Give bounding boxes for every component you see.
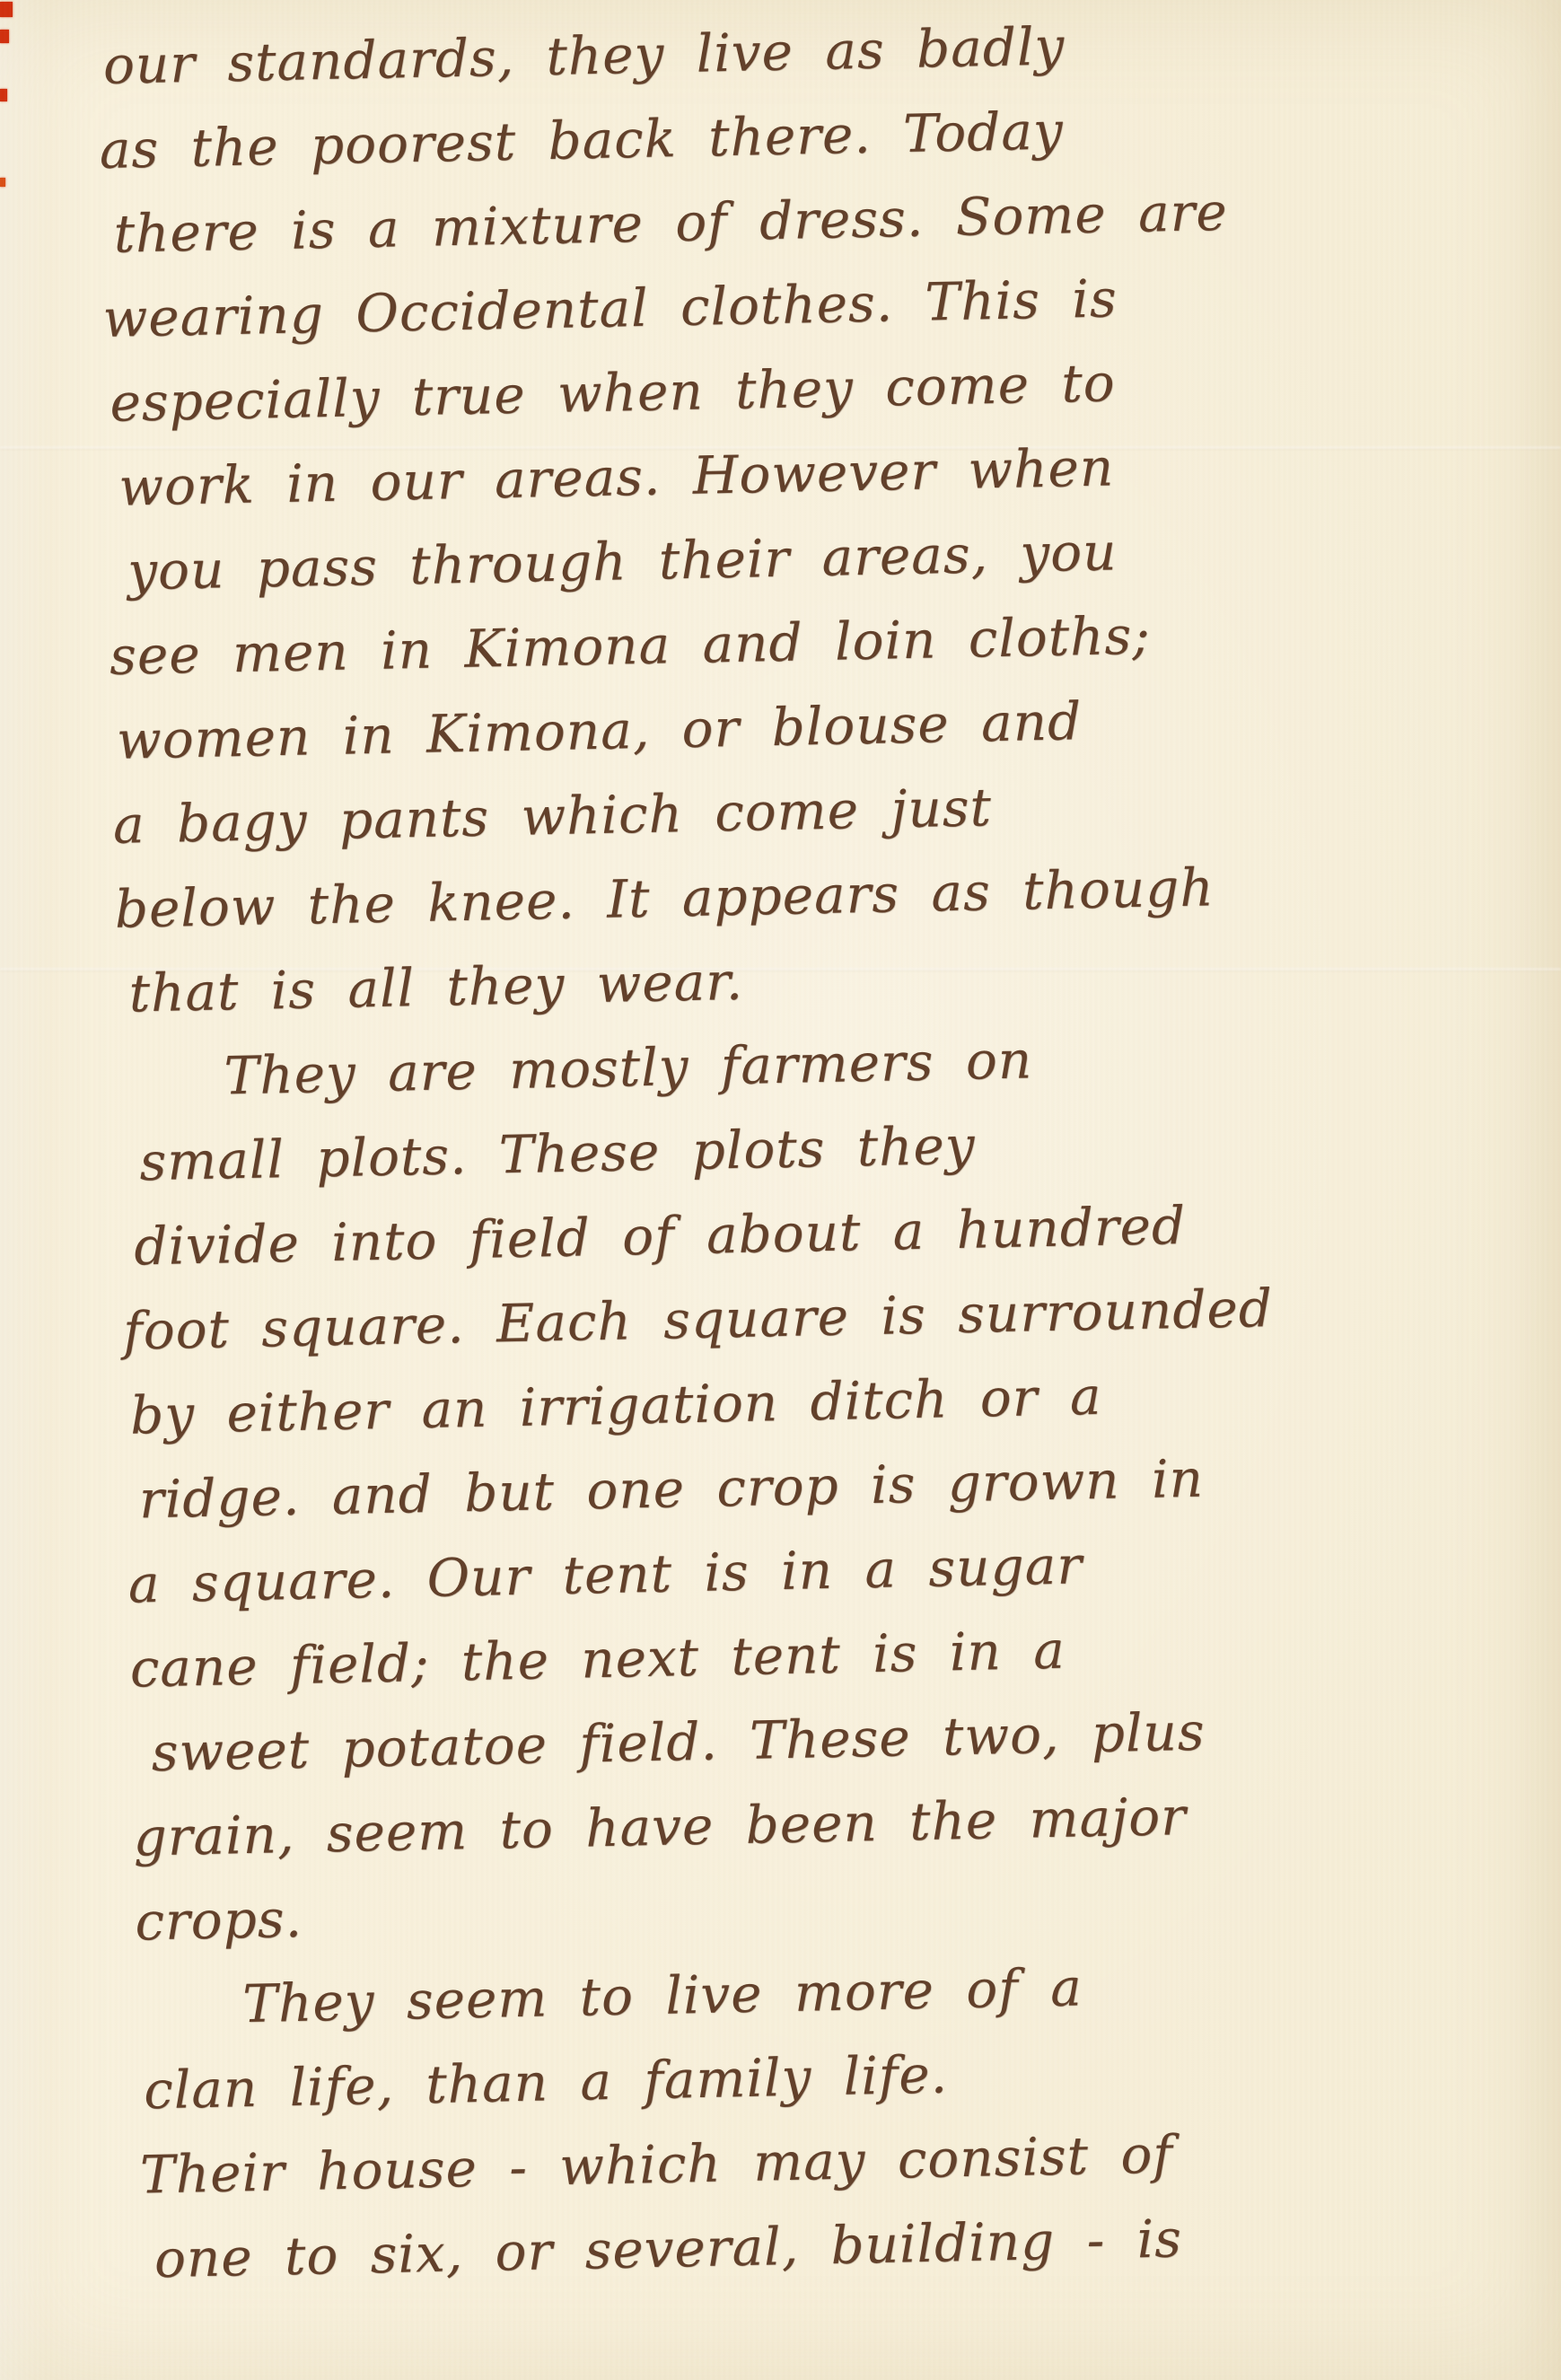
letter-page: our standards, they live as badly as the… <box>0 0 1561 2380</box>
scan-edge-mark <box>0 2 13 17</box>
handwritten-text-block: our standards, they live as badly as the… <box>97 0 1561 2301</box>
scan-edge-mark <box>0 30 9 43</box>
scan-edge-mark <box>0 178 5 187</box>
scan-edge-mark <box>0 89 7 101</box>
